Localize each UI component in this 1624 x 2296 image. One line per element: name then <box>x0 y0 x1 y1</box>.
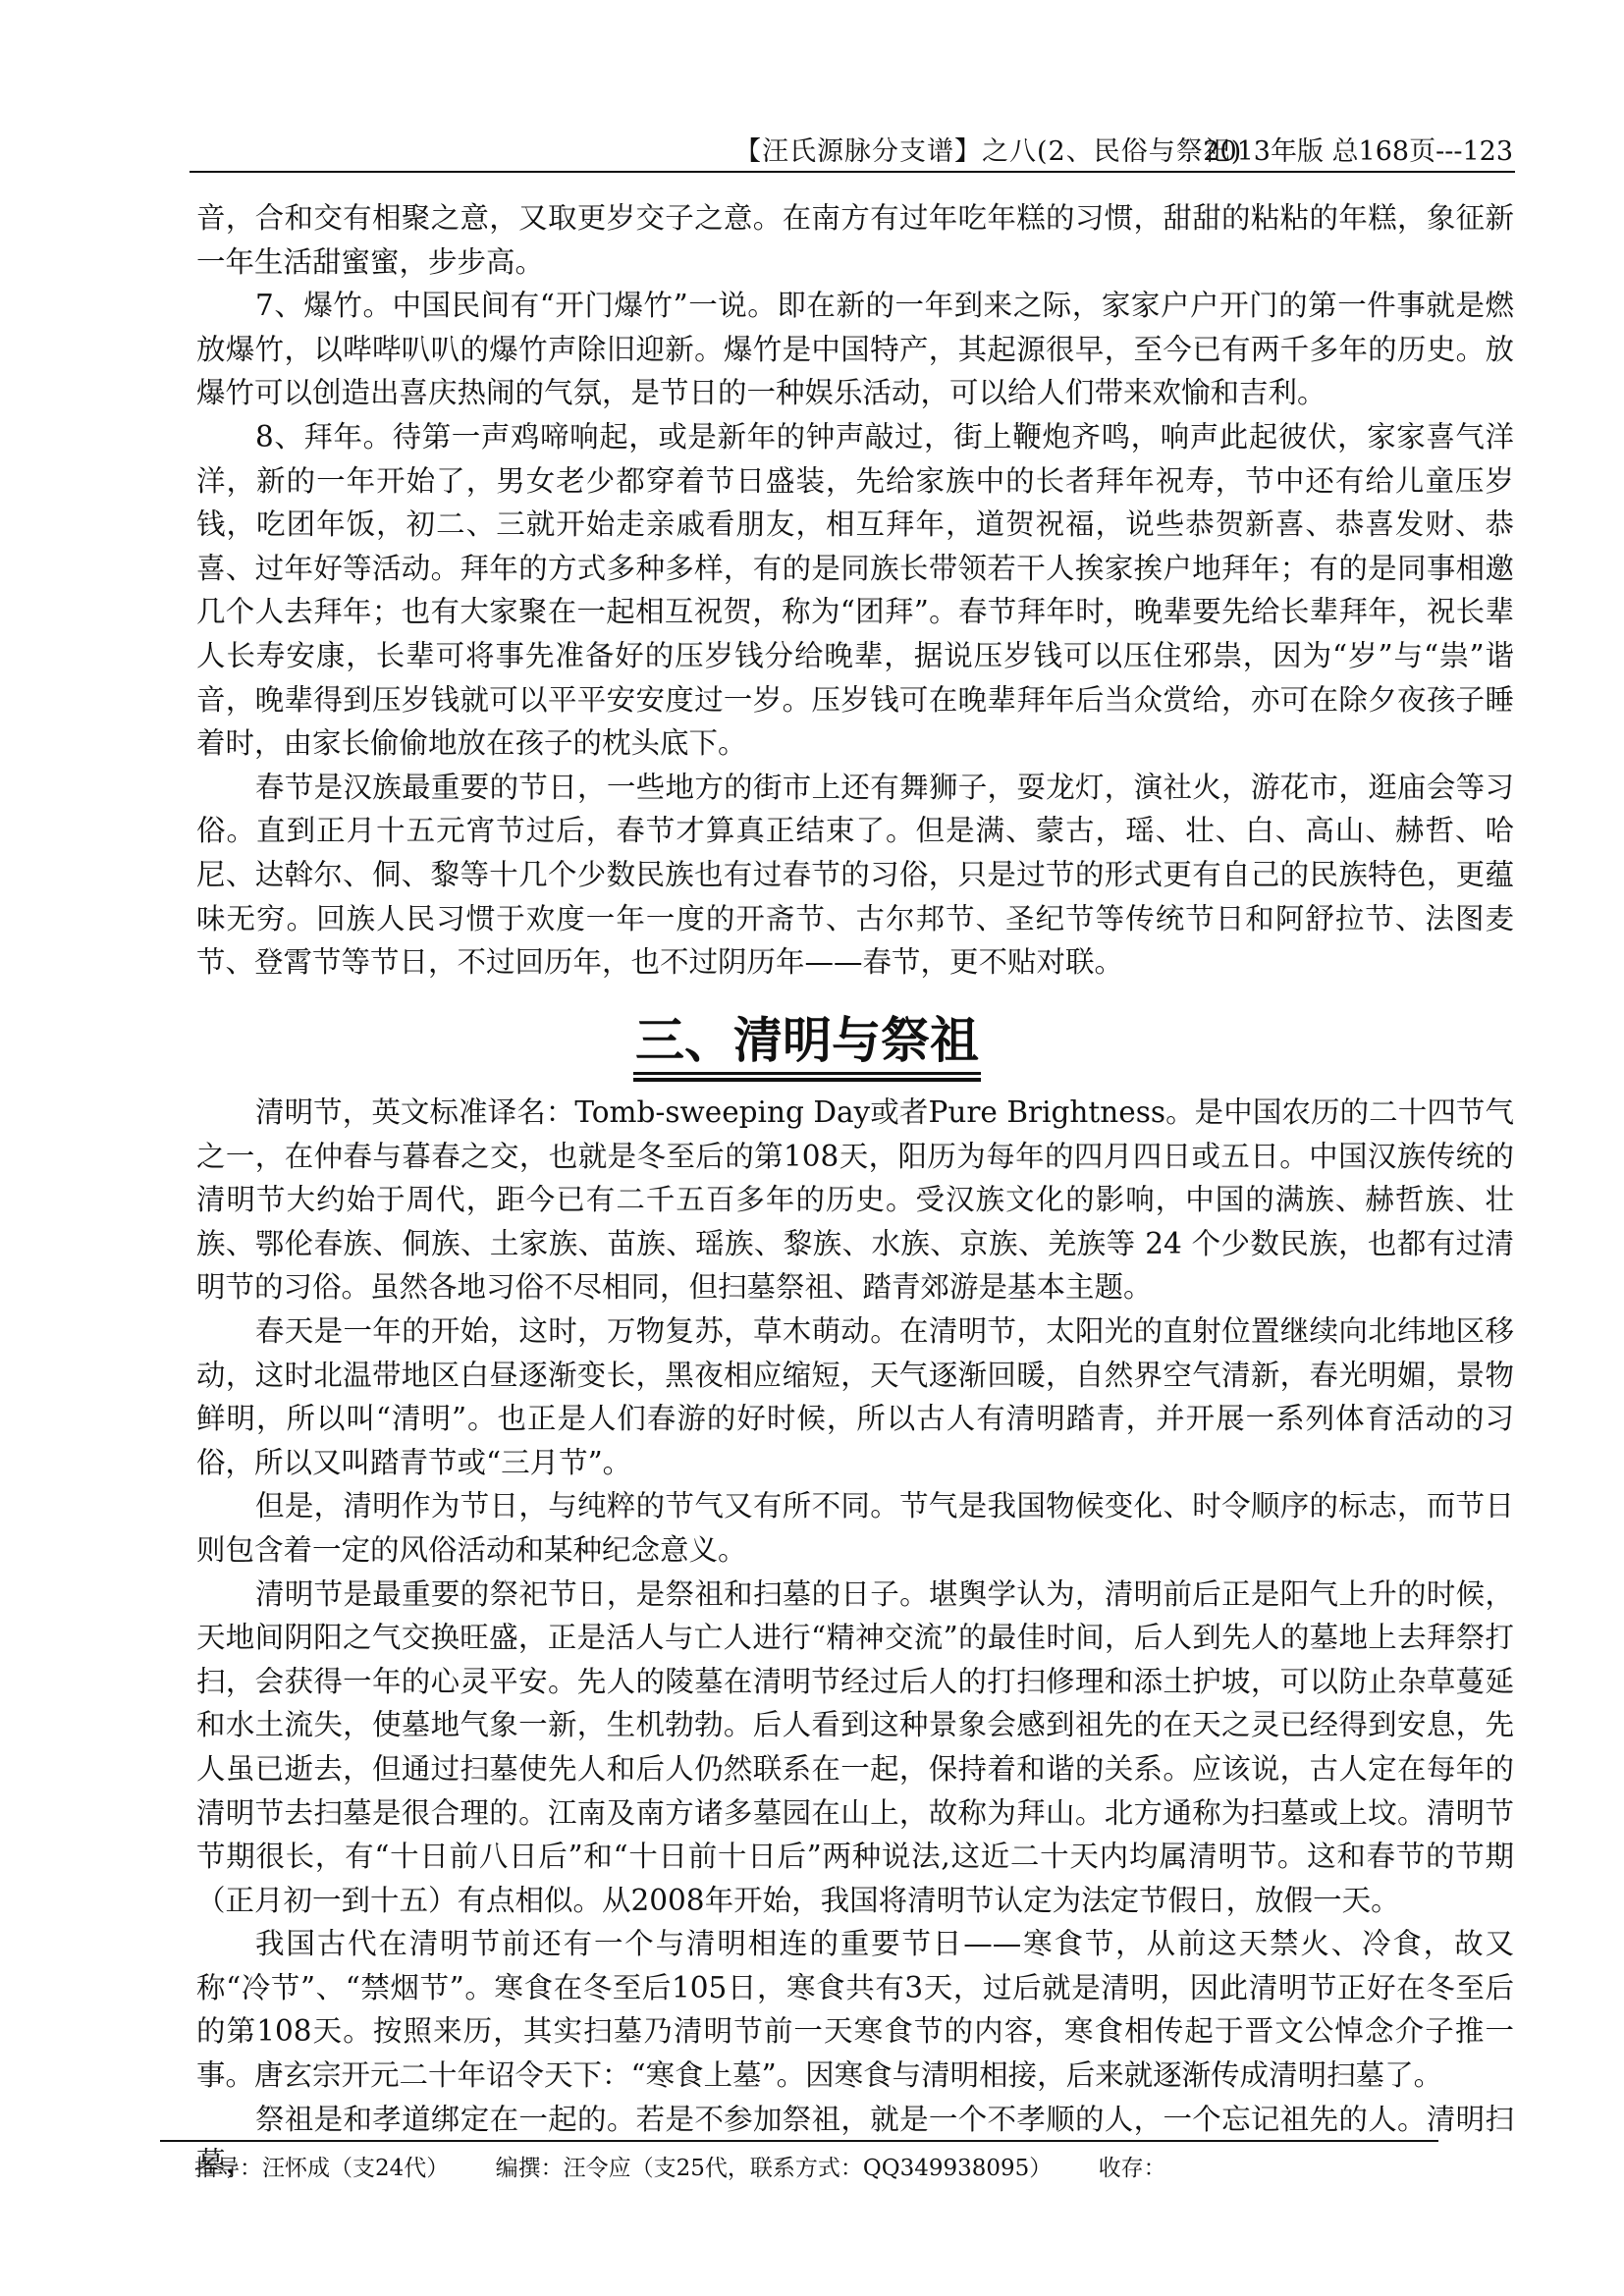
page-header: 【汪氏源脉分支谱】之八(2、民俗与祭祀) 2013年版 总168页---123 <box>189 126 1515 171</box>
footer-divider <box>160 2140 1438 2142</box>
paragraph: 但是，清明作为节日，与纯粹的节气又有所不同。节气是我国物候变化、时令顺序的标志，… <box>196 1484 1514 1572</box>
paragraph: 8、拜年。待第一声鸡啼响起，或是新年的钟声敲过，街上鞭炮齐鸣，响声此起彼伏，家家… <box>196 415 1514 766</box>
section-qingming-text: 清明节，英文标准译名：Tomb-sweeping Day或者Pure Brigh… <box>196 1091 1514 2185</box>
header-page-info: 2013年版 总168页---123 <box>1203 130 1513 168</box>
paragraph: 清明节，英文标准译名：Tomb-sweeping Day或者Pure Brigh… <box>196 1091 1514 1309</box>
section-title: 三、清明与祭祖 <box>633 1011 981 1075</box>
page-footer: 指导：汪怀成（支24代） 编撰：汪令应（支25代，联系方式：QQ34993809… <box>194 2150 1206 2182</box>
paragraph: 清明节是最重要的祭祀节日，是祭祖和扫墓的日子。堪舆学认为，清明前后正是阳气上升的… <box>196 1573 1514 1923</box>
paragraph: 音，合和交有相聚之意，又取更岁交子之意。在南方有过年吃年糕的习惯，甜甜的粘粘的年… <box>196 196 1514 284</box>
header-title: 【汪氏源脉分支谱】之八(2、民俗与祭祀) <box>734 130 1242 168</box>
section-spring-festival-text: 音，合和交有相聚之意，又取更岁交子之意。在南方有过年吃年糕的习惯，甜甜的粘粘的年… <box>196 196 1514 985</box>
footer-collection: 收存： <box>1099 2156 1166 2181</box>
paragraph: 我国古代在清明节前还有一个与清明相连的重要节日——寒食节，从前这天禁火、冷食，故… <box>196 1922 1514 2097</box>
paragraph: 7、爆竹。中国民间有“开门爆竹”一说。即在新的一年到来之际，家家户户开门的第一件… <box>196 284 1514 415</box>
footer-guide: 指导：汪怀成（支24代） <box>194 2156 449 2181</box>
section-heading-container: 三、清明与祭祖 <box>0 1011 1624 1075</box>
paragraph: 春天是一年的开始，这时，万物复苏，草木萌动。在清明节，太阳光的直射位置继续向北纬… <box>196 1309 1514 1484</box>
paragraph: 春节是汉族最重要的节日，一些地方的街市上还有舞狮子，耍龙灯，演社火，游花市，逛庙… <box>196 766 1514 985</box>
header-divider <box>189 171 1515 173</box>
footer-editor: 编撰：汪令应（支25代，联系方式：QQ349938095） <box>496 2156 1053 2181</box>
